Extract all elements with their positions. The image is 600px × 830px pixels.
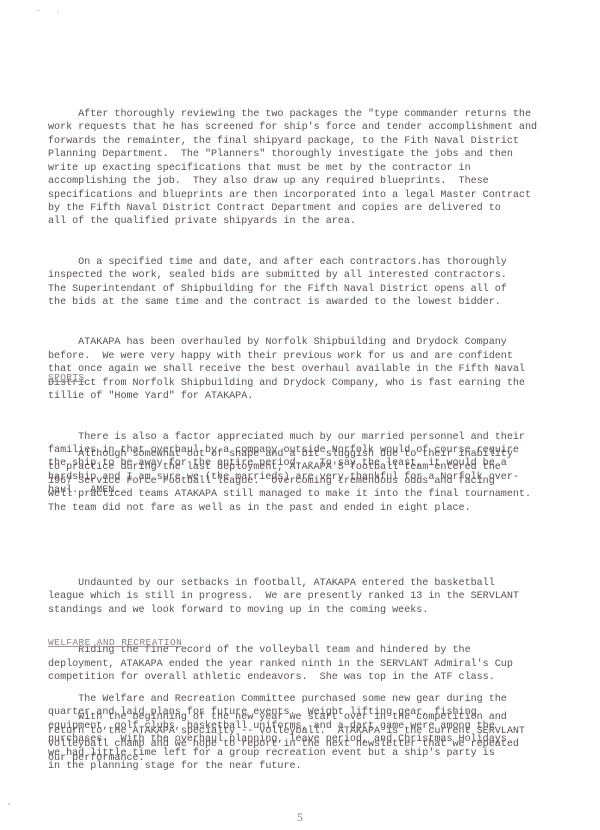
text-line: in the planning stage for the near futur… — [48, 760, 560, 773]
text-line: District from Norfolk Shipbuilding and D… — [48, 377, 560, 390]
text-line: ATAKAPA has been overhauled by Norfolk S… — [48, 336, 560, 349]
document-page: — , After thoroughly reviewing the two p… — [0, 0, 600, 830]
text-line: specifications and blueprints are then i… — [48, 189, 560, 202]
text-line: all of the qualified private shipyards i… — [48, 215, 560, 228]
text-line: The Welfare and Recreation Committee pur… — [48, 693, 560, 706]
text-line: work requests that he has screened for s… — [48, 121, 560, 134]
text-line: we had little time left for a group recr… — [48, 747, 560, 760]
page-number: 5 — [0, 810, 600, 825]
text-line: The team did not fare as well as in the … — [48, 502, 560, 515]
text-line: purchases. With the overhaul planning, l… — [48, 733, 560, 746]
text-line: quarter and laid plans for future events… — [48, 706, 560, 719]
paragraph-football: Although somewhat out of shape and a bit… — [48, 448, 560, 515]
text-line: equipment, golf clubs, basketball unifor… — [48, 720, 560, 733]
paragraph-welfare-committee: The Welfare and Recreation Committee pur… — [48, 693, 560, 774]
text-line: accomplishing the job. They also draw up… — [48, 175, 560, 188]
text-line: tillie of "Home Yard" for ATAKAPA. — [48, 390, 560, 403]
text-line: Undaunted by our setbacks in football, A… — [48, 577, 560, 590]
text-line: 1967 Service Force Football league. Over… — [48, 475, 560, 488]
welfare-section: The Welfare and Recreation Committee pur… — [48, 666, 560, 800]
text-line: The Superintendant of Shipbuilding for t… — [48, 283, 560, 296]
paragraph-overhaul-process: After thoroughly reviewing the two packa… — [48, 108, 560, 229]
text-line: standings and we look forward to moving … — [48, 604, 560, 617]
text-line: write up exacting specifications that mu… — [48, 162, 560, 175]
text-line: that once again we shall receive the bes… — [48, 363, 560, 376]
text-line: well practiced teams ATAKAPA still manag… — [48, 488, 560, 501]
paragraph-gap — [48, 542, 560, 550]
text-line: by the Fifth Naval District Contract Dep… — [48, 202, 560, 215]
text-line: On a specified time and date, and after … — [48, 256, 560, 269]
paragraph-norfolk-shipyard: ATAKAPA has been overhauled by Norfolk S… — [48, 336, 560, 403]
text-line: before. We were very happy with their pr… — [48, 350, 560, 363]
text-line: league which is still in progress. We ar… — [48, 590, 560, 603]
text-line: Planning Department. The "Planners" thor… — [48, 148, 560, 161]
text-line: the bids at the same time and the contra… — [48, 296, 560, 309]
paper-speck — [8, 803, 10, 805]
text-line: to practice during the last deployment, … — [48, 461, 560, 474]
text-line: inspected the work, sealed bids are subm… — [48, 269, 560, 282]
paragraph-bidding: On a specified time and date, and after … — [48, 256, 560, 310]
welfare-recreation-heading: WELFARE AND RECREATION — [48, 637, 182, 648]
sports-heading: SPORTS — [48, 372, 85, 383]
text-line: Although somewhat out of shape and a bit… — [48, 448, 560, 461]
corner-mark: — , — [36, 7, 67, 15]
text-line: forwards the remainter, the final shipya… — [48, 135, 560, 148]
text-line: After thoroughly reviewing the two packa… — [48, 108, 560, 121]
paragraph-basketball: Undaunted by our setbacks in football, A… — [48, 577, 560, 617]
